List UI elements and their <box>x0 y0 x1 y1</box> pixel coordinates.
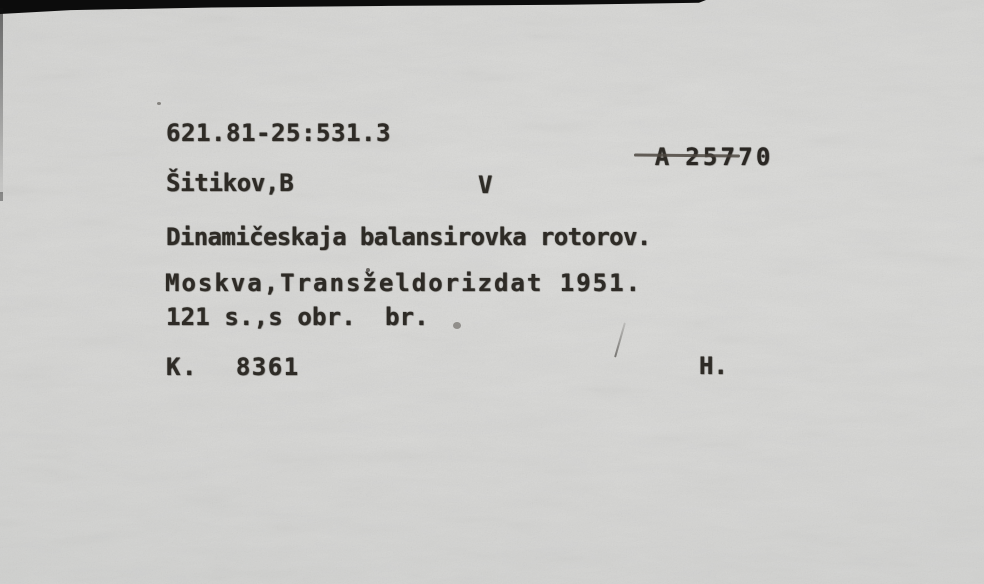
ink-speck <box>157 102 161 105</box>
accession-number-group: A25770 <box>597 121 774 193</box>
author-line: Šitikov,B <box>166 171 293 195</box>
scan-left-edge-notch <box>0 192 3 201</box>
scan-left-edge-shadow <box>0 8 3 194</box>
initials-mark: H. <box>699 354 728 378</box>
imprint-line: Moskva,Transželdorizdat 1951. <box>165 271 642 295</box>
center-letter-mark: V <box>478 173 492 197</box>
scan-top-edge-shadow <box>0 0 706 14</box>
call-number: K. 8361 <box>166 355 300 379</box>
accession-prefix: A <box>655 143 669 171</box>
accession-number: 25770 <box>685 143 773 171</box>
collation-line: 121 s.,s obr. br. <box>166 305 429 329</box>
ink-speck <box>453 322 461 329</box>
stray-pen-mark <box>614 322 626 357</box>
title-line: Dinamičeskaja balansirovka rotorov. <box>166 225 651 249</box>
classification-number: 621.81-25:531.3 <box>166 121 391 145</box>
catalog-card-scan: 621.81-25:531.3 A25770 Šitikov,B V Dinam… <box>0 0 984 584</box>
